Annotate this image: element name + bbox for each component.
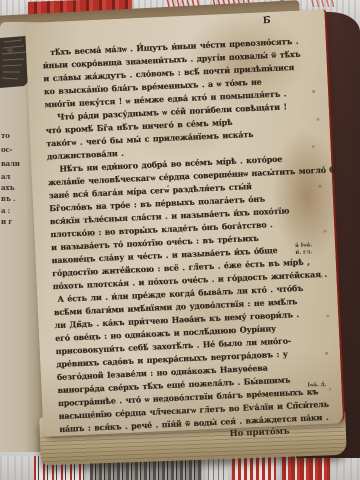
text-lines: тѣ́хъ весма́ ма́лѡ . И́щутъ и́ныи че́сти… <box>42 34 337 436</box>
left-page-text-fragment: и г <box>1 216 31 227</box>
red-fringe-threads <box>311 0 335 7</box>
left-page-text-fragment: въ . <box>1 193 31 204</box>
left-page-text-fragment: вали <box>1 158 31 169</box>
stripe-group-red <box>232 456 276 480</box>
left-page-text-fragment: то <box>1 130 31 141</box>
margin-note-scripture-1: а̃ Іѡа́. в̃. гл. <box>295 241 336 257</box>
left-page-text-fragment: ос- <box>1 144 31 155</box>
margin-note-scripture-2: Іѡа́. д̃. гл. <box>307 381 348 397</box>
stripe-group-red-wide <box>282 456 330 480</box>
left-page-text-fragment: ахъ <box>1 182 31 193</box>
left-page-text-fragment: ал <box>1 171 31 182</box>
quire-mark: Б̃ <box>263 16 271 26</box>
text-block: тѣ́хъ весма́ ма́лѡ . И́щутъ и́ныи че́сти… <box>42 34 338 449</box>
book-page: Б̃ тѣ́хъ весма́ ма́лѡ . И́щутъ и́ныи че́… <box>25 9 345 436</box>
left-page-text-fragment: а : <box>1 205 31 216</box>
stripe-group-thin <box>208 456 228 480</box>
margin-note-line: гл. <box>308 388 348 397</box>
book-photo: Ѵ тоос-валиалахъвъ .а :и г Б̃ тѣ́хъ весм… <box>0 0 360 480</box>
